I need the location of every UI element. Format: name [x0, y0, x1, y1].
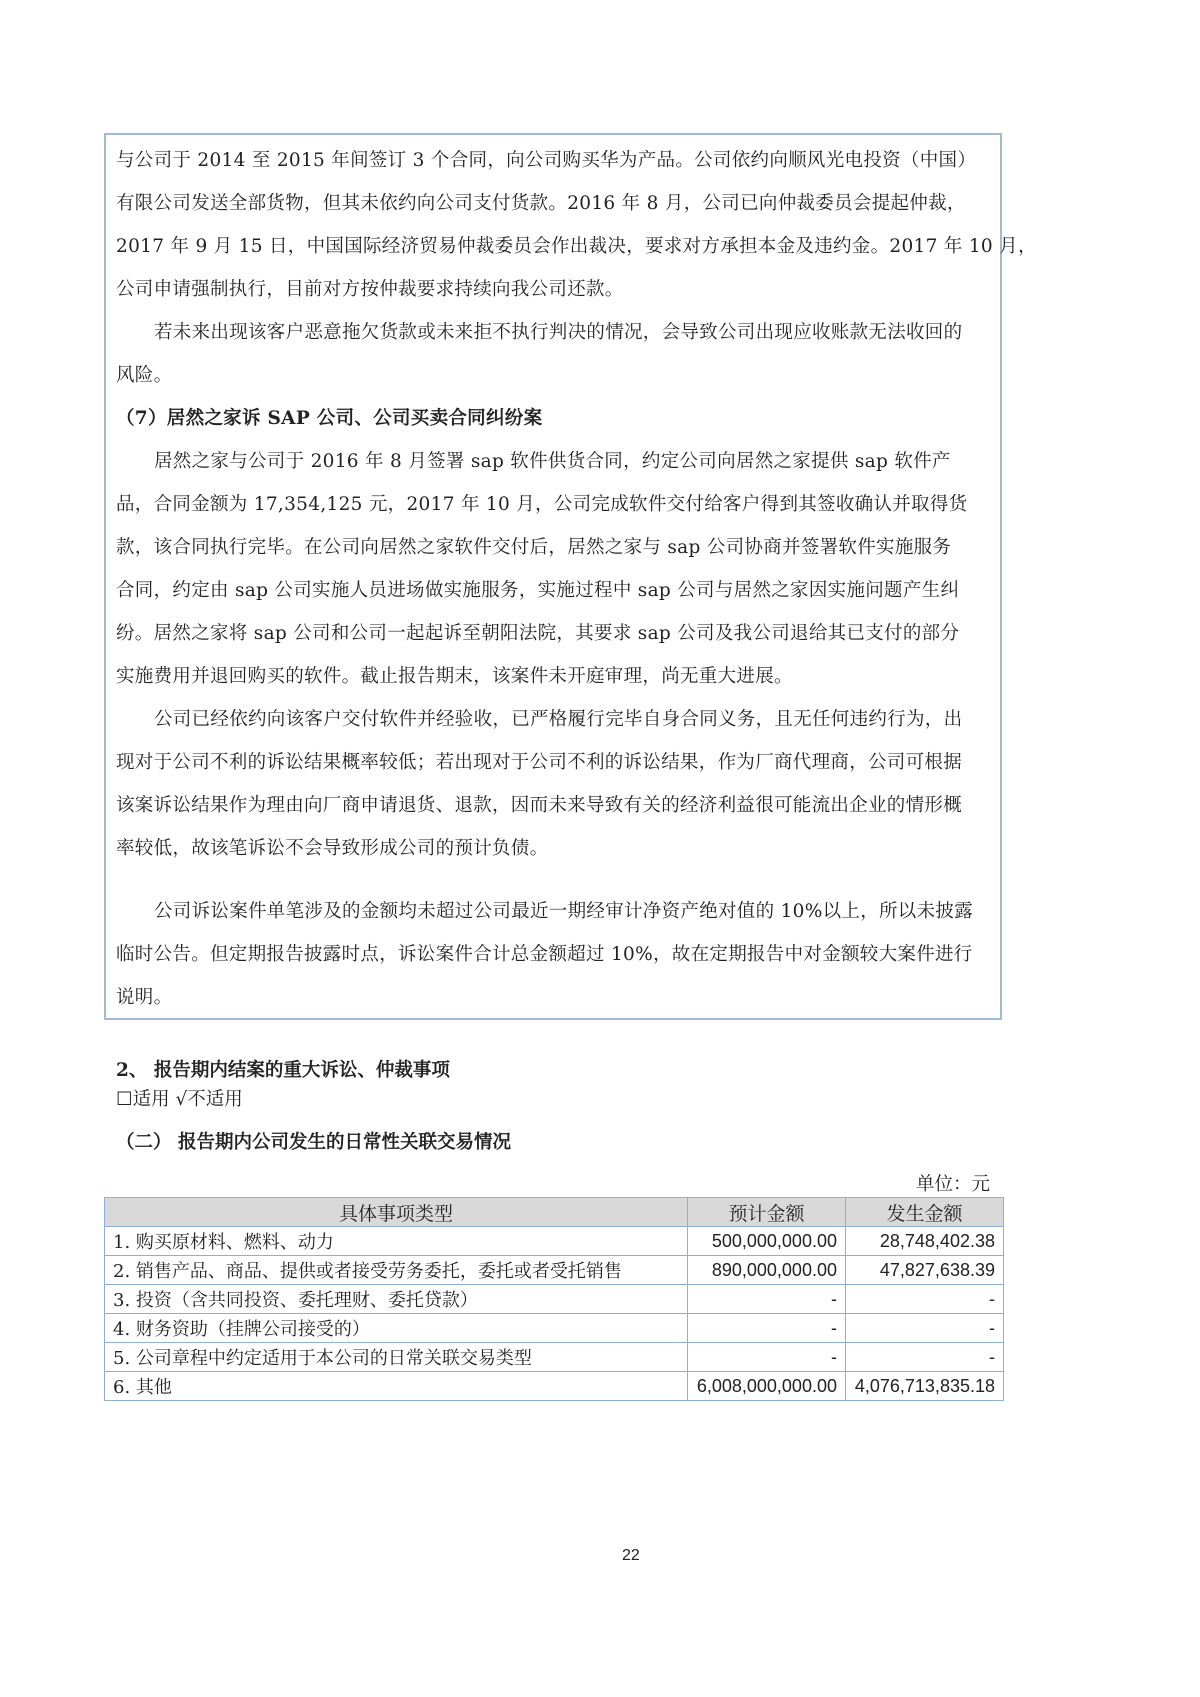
table-row: 5. 公司章程中约定适用于本公司的日常关联交易类型 - -: [105, 1343, 1004, 1372]
row-estimated: -: [688, 1285, 846, 1314]
table-row: 2. 销售产品、商品、提供或者接受劳务委托，委托或者受托销售 890,000,0…: [105, 1256, 1004, 1285]
row-type: 4. 财务资助（挂牌公司接受的）: [105, 1314, 688, 1343]
section-heading-related-transactions: （二） 报告期内公司发生的日常性关联交易情况: [116, 1128, 511, 1154]
paragraph-line: 风险。: [116, 367, 172, 386]
paragraph-line: 居然之家与公司于 2016 年 8 月签署 sap 软件供货合同，约定公司向居然…: [154, 453, 951, 472]
paragraph-line: 合同，约定由 sap 公司实施人员进场做实施服务，实施过程中 sap 公司与居然…: [116, 582, 959, 601]
text-frame: [104, 133, 1002, 1020]
row-type: 3. 投资（含共同投资、委托理财、委托贷款）: [105, 1285, 688, 1314]
row-estimated: 6,008,000,000.00: [688, 1372, 846, 1401]
paragraph-line: 临时公告。但定期报告披露时点，诉讼案件合计总金额超过 10%，故在定期报告中对金…: [116, 946, 973, 965]
case-heading: （7）居然之家诉 SAP 公司、公司买卖合同纠纷案: [116, 410, 542, 429]
row-actual: -: [845, 1314, 1003, 1343]
paragraph-line: 说明。: [116, 989, 172, 1008]
paragraph-line: 2017 年 9 月 15 日，中国国际经济贸易仲裁委员会作出裁决，要求对方承担…: [116, 238, 1037, 257]
applicability-options: ☐适用 √不适用: [116, 1085, 243, 1111]
header-estimated: 预计金额: [688, 1198, 846, 1227]
paragraph-line: 该案诉讼结果作为理由向厂商申请退货、退款，因而未来导致有关的经济利益很可能流出企…: [116, 797, 962, 816]
row-estimated: -: [688, 1343, 846, 1372]
table-row: 6. 其他 6,008,000,000.00 4,076,713,835.18: [105, 1372, 1004, 1401]
page-number: 22: [622, 1547, 640, 1565]
table-row: 4. 财务资助（挂牌公司接受的） - -: [105, 1314, 1004, 1343]
row-type: 2. 销售产品、商品、提供或者接受劳务委托，委托或者受托销售: [105, 1256, 688, 1285]
paragraph-line: 公司诉讼案件单笔涉及的金额均未超过公司最近一期经审计净资产绝对值的 10%以上，…: [154, 903, 973, 922]
row-actual: -: [845, 1343, 1003, 1372]
row-estimated: 890,000,000.00: [688, 1256, 846, 1285]
paragraph-line: 纷。居然之家将 sap 公司和公司一起起诉至朝阳法院，其要求 sap 公司及我公…: [116, 625, 959, 644]
paragraph-line: 款，该合同执行完毕。在公司向居然之家软件交付后，居然之家与 sap 公司协商并签…: [116, 539, 951, 558]
row-estimated: -: [688, 1314, 846, 1343]
paragraph-line: 品，合同金额为 17,354,125 元，2017 年 10 月，公司完成软件交…: [116, 496, 967, 515]
unit-label: 单位：元: [916, 1170, 990, 1196]
table-header-row: 具体事项类型 预计金额 发生金额: [105, 1198, 1004, 1227]
row-estimated: 500,000,000.00: [688, 1227, 846, 1256]
paragraph-line: 有限公司发送全部货物，但其未依约向公司支付货款。2016 年 8 月，公司已向仲…: [116, 195, 966, 214]
related-transactions-table: 具体事项类型 预计金额 发生金额 1. 购买原材料、燃料、动力 500,000,…: [104, 1197, 1004, 1401]
row-actual: -: [845, 1285, 1003, 1314]
header-actual: 发生金额: [845, 1198, 1003, 1227]
paragraph-line: 公司已经依约向该客户交付软件并经验收，已严格履行完毕自身合同义务，且无任何违约行…: [154, 711, 962, 730]
table-row: 3. 投资（含共同投资、委托理财、委托贷款） - -: [105, 1285, 1004, 1314]
row-actual: 4,076,713,835.18: [845, 1372, 1003, 1401]
row-type: 1. 购买原材料、燃料、动力: [105, 1227, 688, 1256]
row-type: 5. 公司章程中约定适用于本公司的日常关联交易类型: [105, 1343, 688, 1372]
section-heading-concluded-litigation: 2、 报告期内结案的重大诉讼、仲裁事项: [116, 1056, 450, 1082]
paragraph-line: 实施费用并退回购买的软件。截止报告期末，该案件未开庭审理，尚无重大进展。: [116, 668, 793, 687]
table-row: 1. 购买原材料、燃料、动力 500,000,000.00 28,748,402…: [105, 1227, 1004, 1256]
row-actual: 47,827,638.39: [845, 1256, 1003, 1285]
paragraph-line: 若未来出现该客户恶意拖欠货款或未来拒不执行判决的情况，会导致公司出现应收账款无法…: [154, 324, 962, 343]
row-type: 6. 其他: [105, 1372, 688, 1401]
paragraph-line: 率较低，故该笔诉讼不会导致形成公司的预计负债。: [116, 840, 548, 859]
row-actual: 28,748,402.38: [845, 1227, 1003, 1256]
paragraph-line: 公司申请强制执行，目前对方按仲裁要求持续向我公司还款。: [116, 281, 624, 300]
paragraph-line: 现对于公司不利的诉讼结果概率较低；若出现对于公司不利的诉讼结果，作为厂商代理商，…: [116, 754, 962, 773]
header-type: 具体事项类型: [105, 1198, 688, 1227]
paragraph-line: 与公司于 2014 至 2015 年间签订 3 个合同，向公司购买华为产品。公司…: [116, 152, 976, 171]
